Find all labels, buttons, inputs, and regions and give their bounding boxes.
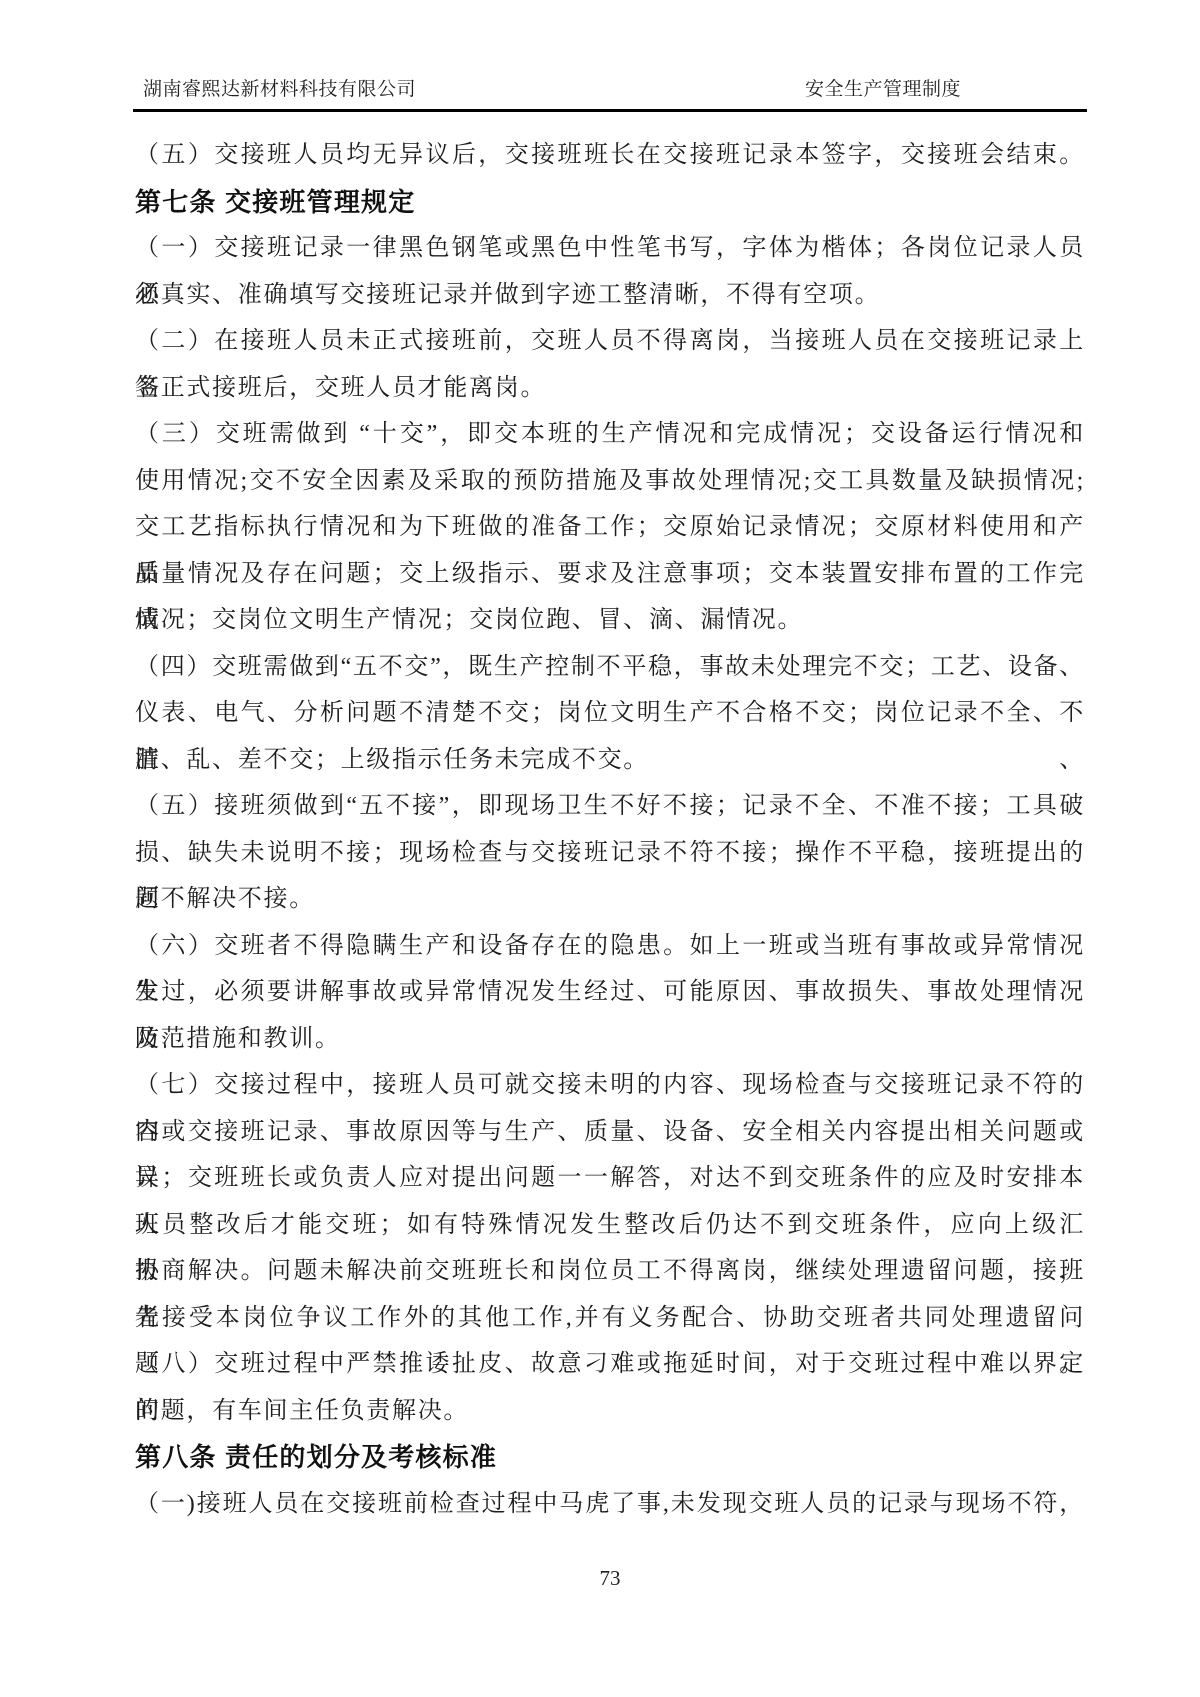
text-line: 生过，必须要讲解事故或异常情况发生经过、可能原因、事故损失、事故处理情况及 (135, 969, 1085, 1016)
text-line: （四）交班需做到“五不交”，既生产控制不平稳，事故未处理完不交；工艺、设备、 (135, 644, 1085, 691)
section-heading: 第七条 交接班管理规定 (135, 179, 1085, 226)
page-footer: 73 (135, 1566, 1085, 1591)
page-header: 湖南睿熙达新材料科技有限公司 安全生产管理制度 (133, 74, 1087, 101)
text-line: 问题，有车间主任负责解决。 (135, 1388, 1085, 1435)
text-line: （五）交接班人员均无异议后，交接班班长在交接班记录本签字，交接班会结束。 (135, 132, 1085, 179)
text-line: 仪表、电气、分析问题不清楚不交；岗位文明生产不合格不交；岗位记录不全、不清、 (135, 690, 1085, 737)
text-line: 情况；交岗位文明生产情况；交岗位跑、冒、滴、漏情况。 (135, 597, 1085, 644)
text-line: （一）交接班记录一律黑色钢笔或黑色中性笔书写，字体为楷体；各岗位记录人员必 (135, 225, 1085, 272)
text-line: （八）交班过程中严禁推诿扯皮、故意刁难或拖延时间，对于交班过程中难以界定的 (135, 1341, 1085, 1388)
header-divider (133, 109, 1087, 112)
text-line: 使用情况;交不安全因素及采取的预防措施及事故处理情况;交工具数量及缺损情况; (135, 458, 1085, 505)
text-line: 交工艺指标执行情况和为下班做的准备工作；交原始记录情况；交原材料使用和产品 (135, 504, 1085, 551)
text-line: 人员整改后才能交班；如有特殊情况发生整改后仍达不到交班条件，应向上级汇报， (135, 1202, 1085, 1249)
text-line: 损、缺失未说明不接；现场检查与交接班记录不符不接；操作不平稳，接班提出的问 (135, 830, 1085, 877)
text-line: 先接受本岗位争议工作外的其他工作,并有义务配合、协助交班者共同处理遗留问题。 (135, 1295, 1085, 1342)
text-line: （三）交班需做到 “十交”，即交本班的生产情况和完成情况；交设备运行情况和 (135, 411, 1085, 458)
page-number: 73 (600, 1566, 621, 1590)
text-line: 议；交班班长或负责人应对提出问题一一解答，对达不到交班条件的应及时安排本班 (135, 1155, 1085, 1202)
text-line: 须真实、准确填写交接班记录并做到字迹工整清晰，不得有空项。 (135, 272, 1085, 319)
text-line: 名正式接班后，交班人员才能离岗。 (135, 365, 1085, 412)
text-line: （五）接班须做到“五不接”，即现场卫生不好不接；记录不全、不准不接；工具破 (135, 783, 1085, 830)
text-line: 协商解决。问题未解决前交班班长和岗位员工不得离岗，继续处理遗留问题，接班者 (135, 1248, 1085, 1295)
text-line: （六）交班者不得隐瞒生产和设备存在的隐患。如上一班或当班有事故或异常情况发 (135, 923, 1085, 970)
header-company-name: 湖南睿熙达新材料科技有限公司 (133, 74, 416, 101)
text-line: 质量情况及存在问题；交上级指示、要求及注意事项；交本装置安排布置的工作完成 (135, 551, 1085, 598)
text-line: 题不解决不接。 (135, 876, 1085, 923)
document-page: 湖南睿熙达新材料科技有限公司 安全生产管理制度 （五）交接班人员均无异议后，交接… (0, 0, 1200, 1697)
text-line: （二）在接班人员未正式接班前，交班人员不得离岗，当接班人员在交接班记录上签 (135, 318, 1085, 365)
document-body: （五）交接班人员均无异议后，交接班班长在交接班记录本签字，交接班会结束。第七条 … (135, 132, 1085, 1527)
section-heading: 第八条 责任的划分及考核标准 (135, 1434, 1085, 1481)
text-line: （一)接班人员在交接班前检查过程中马虎了事,未发现交班人员的记录与现场不符， (135, 1481, 1085, 1528)
text-line: 容或交接班记录、事故原因等与生产、质量、设备、安全相关内容提出相关问题或异 (135, 1109, 1085, 1156)
text-line: （七）交接过程中，接班人员可就交接未明的内容、现场检查与交接班记录不符的内 (135, 1062, 1085, 1109)
text-line: 防范措施和教训。 (135, 1016, 1085, 1063)
header-doc-title: 安全生产管理制度 (805, 74, 1087, 101)
